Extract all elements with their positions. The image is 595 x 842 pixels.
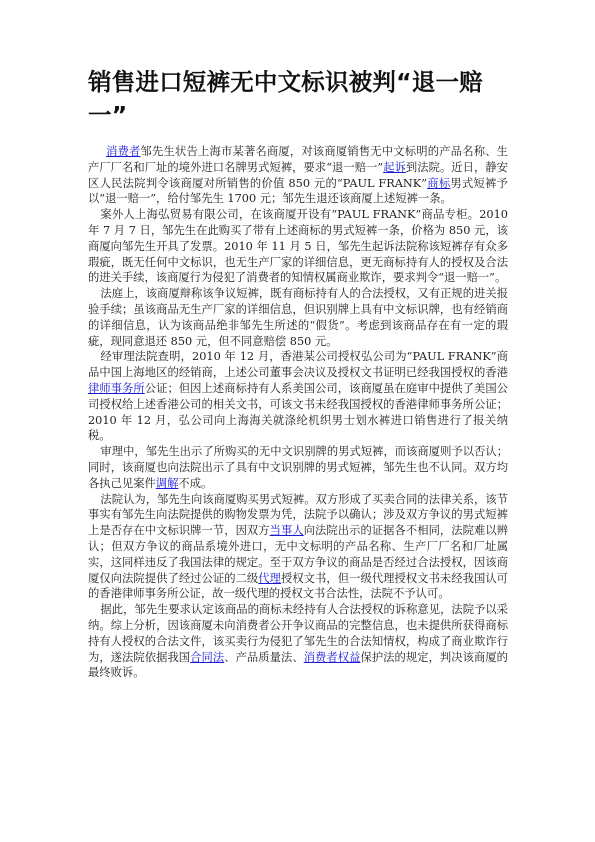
paragraph-text: 审理中，邹先生出示了所购买的无中文识别牌的男式短裤，而该商厦则予以否认；同时，该… xyxy=(88,445,508,490)
paragraph-text: 案外人上海弘贸易有限公司，在该商厦开设有“PAUL FRANK”商品专柜。201… xyxy=(88,208,508,284)
link-law-firm[interactable]: 律师事务所 xyxy=(88,382,145,395)
paragraph-3: 法庭上，该商厦辩称该争议短裤，既有商标持有人的合法授权，又有正规的进关报验手续；… xyxy=(88,286,508,349)
document-page: 销售进口短裤无中文标识被判“退一赔一” 消费者邹先生状告上海市某著名商厦，对该商… xyxy=(88,66,508,681)
paragraph-text: 公证；但因上述商标持有人系美国公司，该商厦虽在庭审中提供了美国公司授权给上述香港… xyxy=(88,382,508,442)
link-consumer-rights[interactable]: 消费者权益 xyxy=(304,651,361,664)
paragraph-5: 审理中，邹先生出示了所购买的无中文识别牌的男式短裤，而该商厦则予以否认；同时，该… xyxy=(88,444,508,491)
paragraph-2: 案外人上海弘贸易有限公司，在该商厦开设有“PAUL FRANK”商品专柜。201… xyxy=(88,207,508,286)
link-lawsuit[interactable]: 起诉 xyxy=(383,161,406,174)
link-agent[interactable]: 代理 xyxy=(258,572,281,585)
paragraph-1: 消费者邹先生状告上海市某著名商厦，对该商厦销售无中文标明的产品名称、生产厂厂名和… xyxy=(88,144,508,207)
paragraph-7: 据此，邹先生要求认定该商品的商标未经持有人合法授权的诉称意见，法院予以采纳。综上… xyxy=(88,602,508,681)
link-contract-law[interactable]: 合同法 xyxy=(190,651,224,664)
paragraph-text: 法庭上，该商厦辩称该争议短裤，既有商标持有人的合法授权，又有正规的进关报验手续；… xyxy=(88,287,508,347)
paragraph-text: 经审理法院查明，2010 年 12 月，香港某公司授权弘公司为“PAUL FRA… xyxy=(88,350,508,379)
link-trademark[interactable]: 商标 xyxy=(427,177,450,190)
link-party[interactable]: 当事人 xyxy=(270,524,304,537)
paragraph-text: 、产品质量法、 xyxy=(224,651,303,664)
article-title: 销售进口短裤无中文标识被判“退一赔一” xyxy=(88,66,508,132)
paragraph-6: 法院认为，邹先生向该商厦购买男式短裤。双方形成了买卖合同的法律关系，该节事实有邹… xyxy=(88,492,508,603)
link-consumer[interactable]: 消费者 xyxy=(106,145,140,158)
link-mediation[interactable]: 调解 xyxy=(156,477,179,490)
paragraph-text: 不成。 xyxy=(178,477,212,490)
paragraph-4: 经审理法院查明，2010 年 12 月，香港某公司授权弘公司为“PAUL FRA… xyxy=(88,349,508,444)
